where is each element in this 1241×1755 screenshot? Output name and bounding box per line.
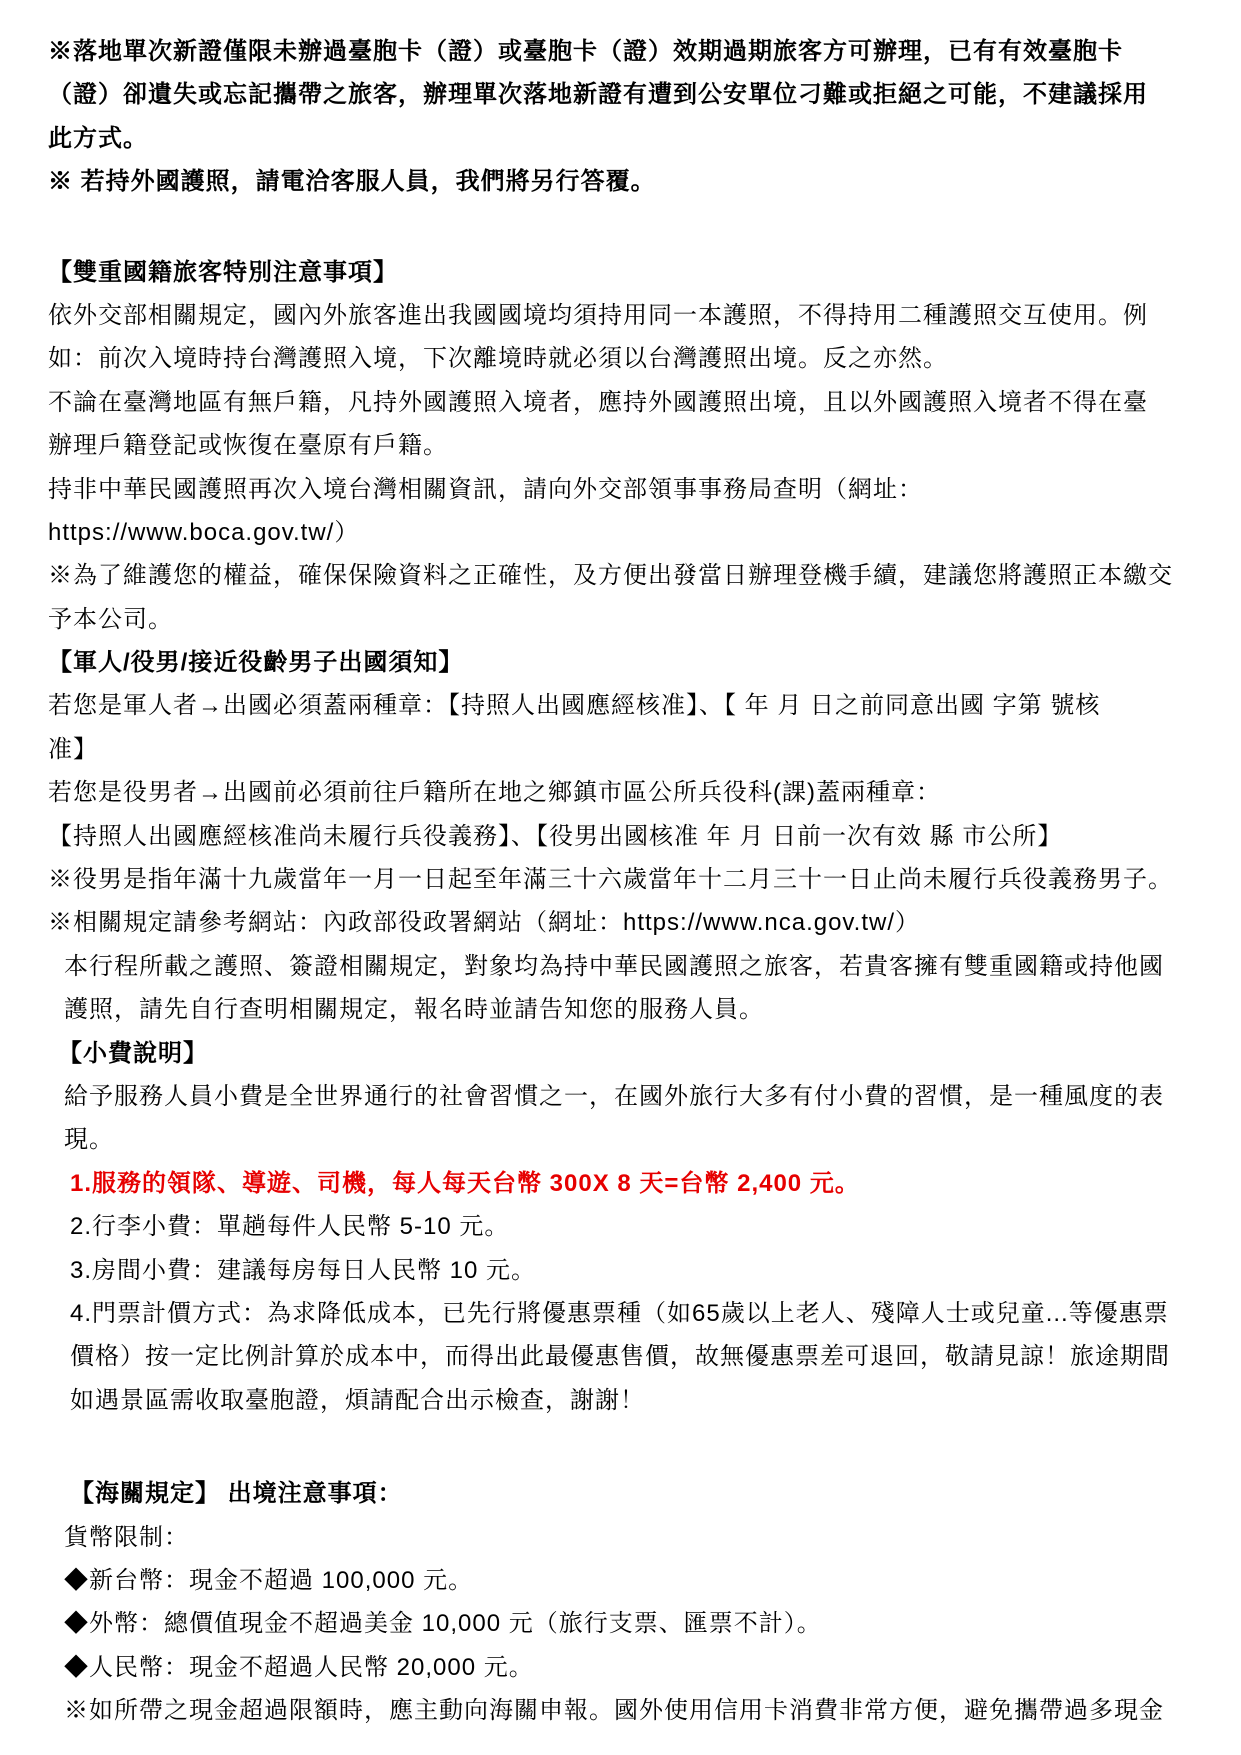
foreign-passport-note: ※ 若持外國護照，請電洽客服人員，我們將另行答覆。 xyxy=(48,160,1211,203)
tips-intro-line-1: 給予服務人員小費是全世界通行的社會習慣之一，在國外旅行大多有付小費的習慣，是一種… xyxy=(64,1075,1211,1118)
tip-item-tickets-line-3: 如遇景區需收取臺胞證，煩請配合出示檢查，謝謝！ xyxy=(70,1379,1211,1422)
dual-nationality-line-4: 辦理戶籍登記或恢復在臺原有戶籍。 xyxy=(48,424,1211,467)
tip-item-tickets-line-1: 4.門票計價方式：為求降低成本，已先行將優惠票種（如65歲以上老人、殘障人士或兒… xyxy=(70,1292,1211,1335)
military-service-heading: 【軍人/役男/接近役齡男子出國須知】 xyxy=(48,641,1211,684)
travel-notice-document: ※落地單次新證僅限未辦過臺胞卡（證）或臺胞卡（證）效期過期旅客方可辦理，已有有效… xyxy=(0,0,1241,1732)
military-service-line-4: 【持照人出國應經核准尚未履行兵役義務】、【役男出國核准 年 月 日前一次有效 縣… xyxy=(48,815,1211,858)
dual-nationality-line-7: ※為了維護您的權益，確保保險資料之正確性，及方便出發當日辦理登機手續，建議您將護… xyxy=(48,554,1211,597)
currency-limit-rmb: ◆人民幣：現金不超過人民幣 20,000 元。 xyxy=(64,1646,1211,1689)
nca-url-text: ※相關規定請參考網站：內政部役政署網站（網址：https://www.nca.g… xyxy=(48,901,1211,944)
currency-limit-foreign: ◆外幣：總價值現金不超過美金 10,000 元（旅行支票、匯票不計）。 xyxy=(64,1602,1211,1645)
military-service-line-1: 若您是軍人者→出國必須蓋兩種章：【持照人出國應經核准】、【 年 月 日之前同意出… xyxy=(48,684,1211,727)
customs-declaration-note: ※如所帶之現金超過限額時，應主動向海關申報。國外使用信用卡消費非常方便，避免攜帶… xyxy=(64,1689,1211,1732)
tips-intro-line-2: 現。 xyxy=(64,1118,1211,1161)
military-service-line-5: ※役男是指年滿十九歲當年一月一日起至年滿三十六歲當年十二月三十一日止尚未履行兵役… xyxy=(48,858,1211,901)
landing-permit-warning-line-3: 此方式。 xyxy=(48,117,1211,160)
military-service-line-3: 若您是役男者→出國前必須前往戶籍所在地之鄉鎮市區公所兵役科(課)蓋兩種章： xyxy=(48,771,1211,814)
dual-nationality-line-3: 不論在臺灣地區有無戶籍，凡持外國護照入境者，應持外國護照出境，且以外國護照入境者… xyxy=(48,381,1211,424)
dual-nationality-line-5: 持非中華民國護照再次入境台灣相關資訊，請向外交部領事事務局查明（網址： xyxy=(48,468,1211,511)
itinerary-passport-note-line-1: 本行程所載之護照、簽證相關規定，對象均為持中華民國護照之旅客，若貴客擁有雙重國籍… xyxy=(64,945,1211,988)
dual-nationality-heading: 【雙重國籍旅客特別注意事項】 xyxy=(48,251,1211,294)
military-service-line-2: 准】 xyxy=(48,728,1211,771)
currency-limit-label: 貨幣限制： xyxy=(64,1516,1211,1559)
section-gap xyxy=(48,1422,1211,1472)
dual-nationality-line-2: 如：前次入境時持台灣護照入境，下次離境時就必須以台灣護照出境。反之亦然。 xyxy=(48,337,1211,380)
tip-item-tickets-line-2: 價格）按一定比例計算於成本中，而得出此最優惠售價，故無優惠票差可退回，敬請見諒！… xyxy=(70,1335,1211,1378)
tip-item-luggage: 2.行李小費：單趟每件人民幣 5-10 元。 xyxy=(70,1205,1211,1248)
tip-item-room: 3.房間小費：建議每房每日人民幣 10 元。 xyxy=(70,1249,1211,1292)
tips-heading: 【小費說明】 xyxy=(58,1032,1211,1075)
currency-limit-twd: ◆新台幣：現金不超過 100,000 元。 xyxy=(64,1559,1211,1602)
tip-item-guide-driver-highlight: 1.服務的領隊、導遊、司機，每人每天台幣 300X 8 天=台幣 2,400 元… xyxy=(70,1162,1211,1205)
dual-nationality-line-8: 予本公司。 xyxy=(48,598,1211,641)
landing-permit-warning-line-2: （證）卻遺失或忘記攜帶之旅客，辦理單次落地新證有遭到公安單位刁難或拒絕之可能，不… xyxy=(48,73,1211,116)
section-gap xyxy=(48,204,1211,251)
landing-permit-warning-line-1: ※落地單次新證僅限未辦過臺胞卡（證）或臺胞卡（證）效期過期旅客方可辦理，已有有效… xyxy=(48,30,1211,73)
dual-nationality-line-1: 依外交部相關規定，國內外旅客進出我國國境均須持用同一本護照，不得持用二種護照交互… xyxy=(48,294,1211,337)
boca-url-text: https://www.boca.gov.tw/） xyxy=(48,511,1211,554)
itinerary-passport-note-line-2: 護照，請先自行查明相關規定，報名時並請告知您的服務人員。 xyxy=(64,988,1211,1031)
customs-heading: 【海關規定】 出境注意事項： xyxy=(70,1472,1211,1515)
